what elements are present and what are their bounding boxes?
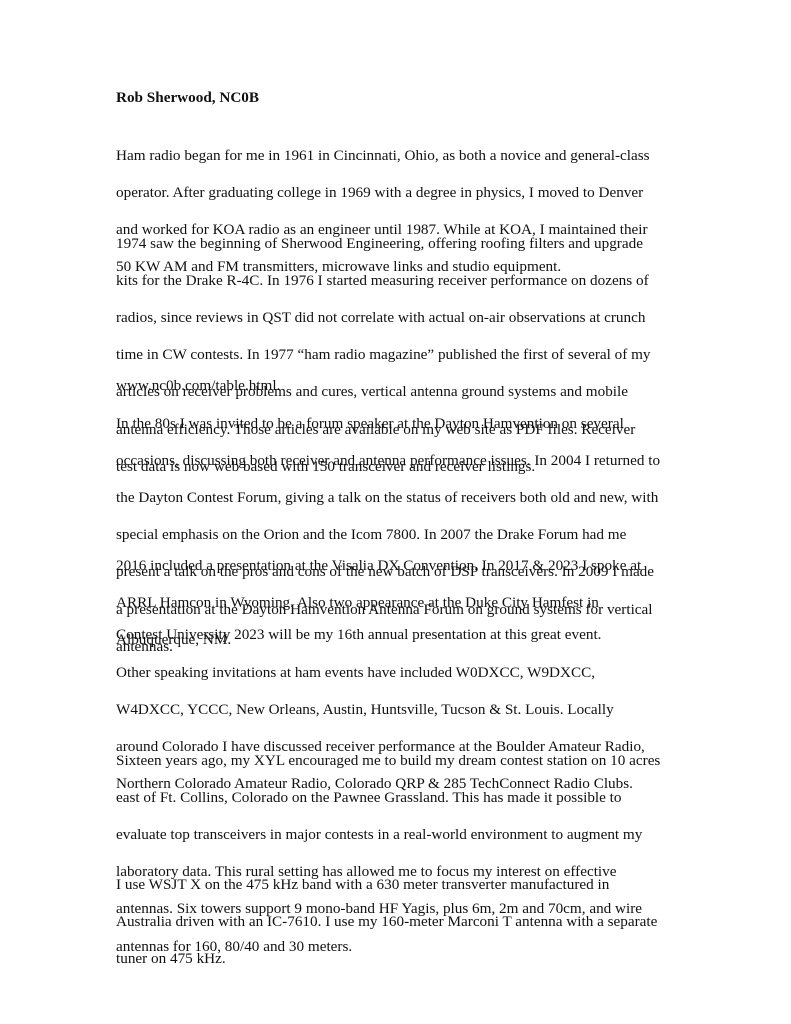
text-line: In the 80s I was invited to be a forum s…	[116, 415, 696, 434]
text-line: Contest University 2023 will be my 16th …	[116, 626, 696, 645]
document-page: Rob Sherwood, NC0B Ham radio began for m…	[0, 0, 791, 1024]
text-line: Ham radio began for me in 1961 in Cincin…	[116, 147, 696, 166]
document-title: Rob Sherwood, NC0B	[116, 89, 259, 108]
text-line: Australia driven with an IC-7610. I use …	[116, 913, 696, 932]
text-line: W4DXCC, YCCC, New Orleans, Austin, Hunts…	[116, 701, 696, 720]
website-url-text: www.nc0b.com/table.html.	[116, 377, 696, 396]
text-line: Other speaking invitations at ham events…	[116, 664, 696, 683]
text-line: tuner on 475 kHz.	[116, 950, 696, 969]
text-line: radios, since reviews in QST did not cor…	[116, 309, 696, 328]
text-line: I use WSJT X on the 475 kHz band with a …	[116, 876, 696, 895]
text-line: occasions, discussing both receiver and …	[116, 452, 696, 471]
text-line: Sixteen years ago, my XYL encouraged me …	[116, 752, 696, 771]
text-line: east of Ft. Collins, Colorado on the Paw…	[116, 789, 696, 808]
text-line: the Dayton Contest Forum, giving a talk …	[116, 489, 696, 508]
text-line: operator. After graduating college in 19…	[116, 184, 696, 203]
text-line: 2016 included a presentation at the Visa…	[116, 557, 696, 576]
paragraph-wsjt-475khz: I use WSJT X on the 475 kHz band with a …	[116, 857, 696, 987]
text-line: 1974 saw the beginning of Sherwood Engin…	[116, 235, 696, 254]
text-line: evaluate top transceivers in major conte…	[116, 826, 696, 845]
text-line: kits for the Drake R-4C. In 1976 I start…	[116, 272, 696, 291]
